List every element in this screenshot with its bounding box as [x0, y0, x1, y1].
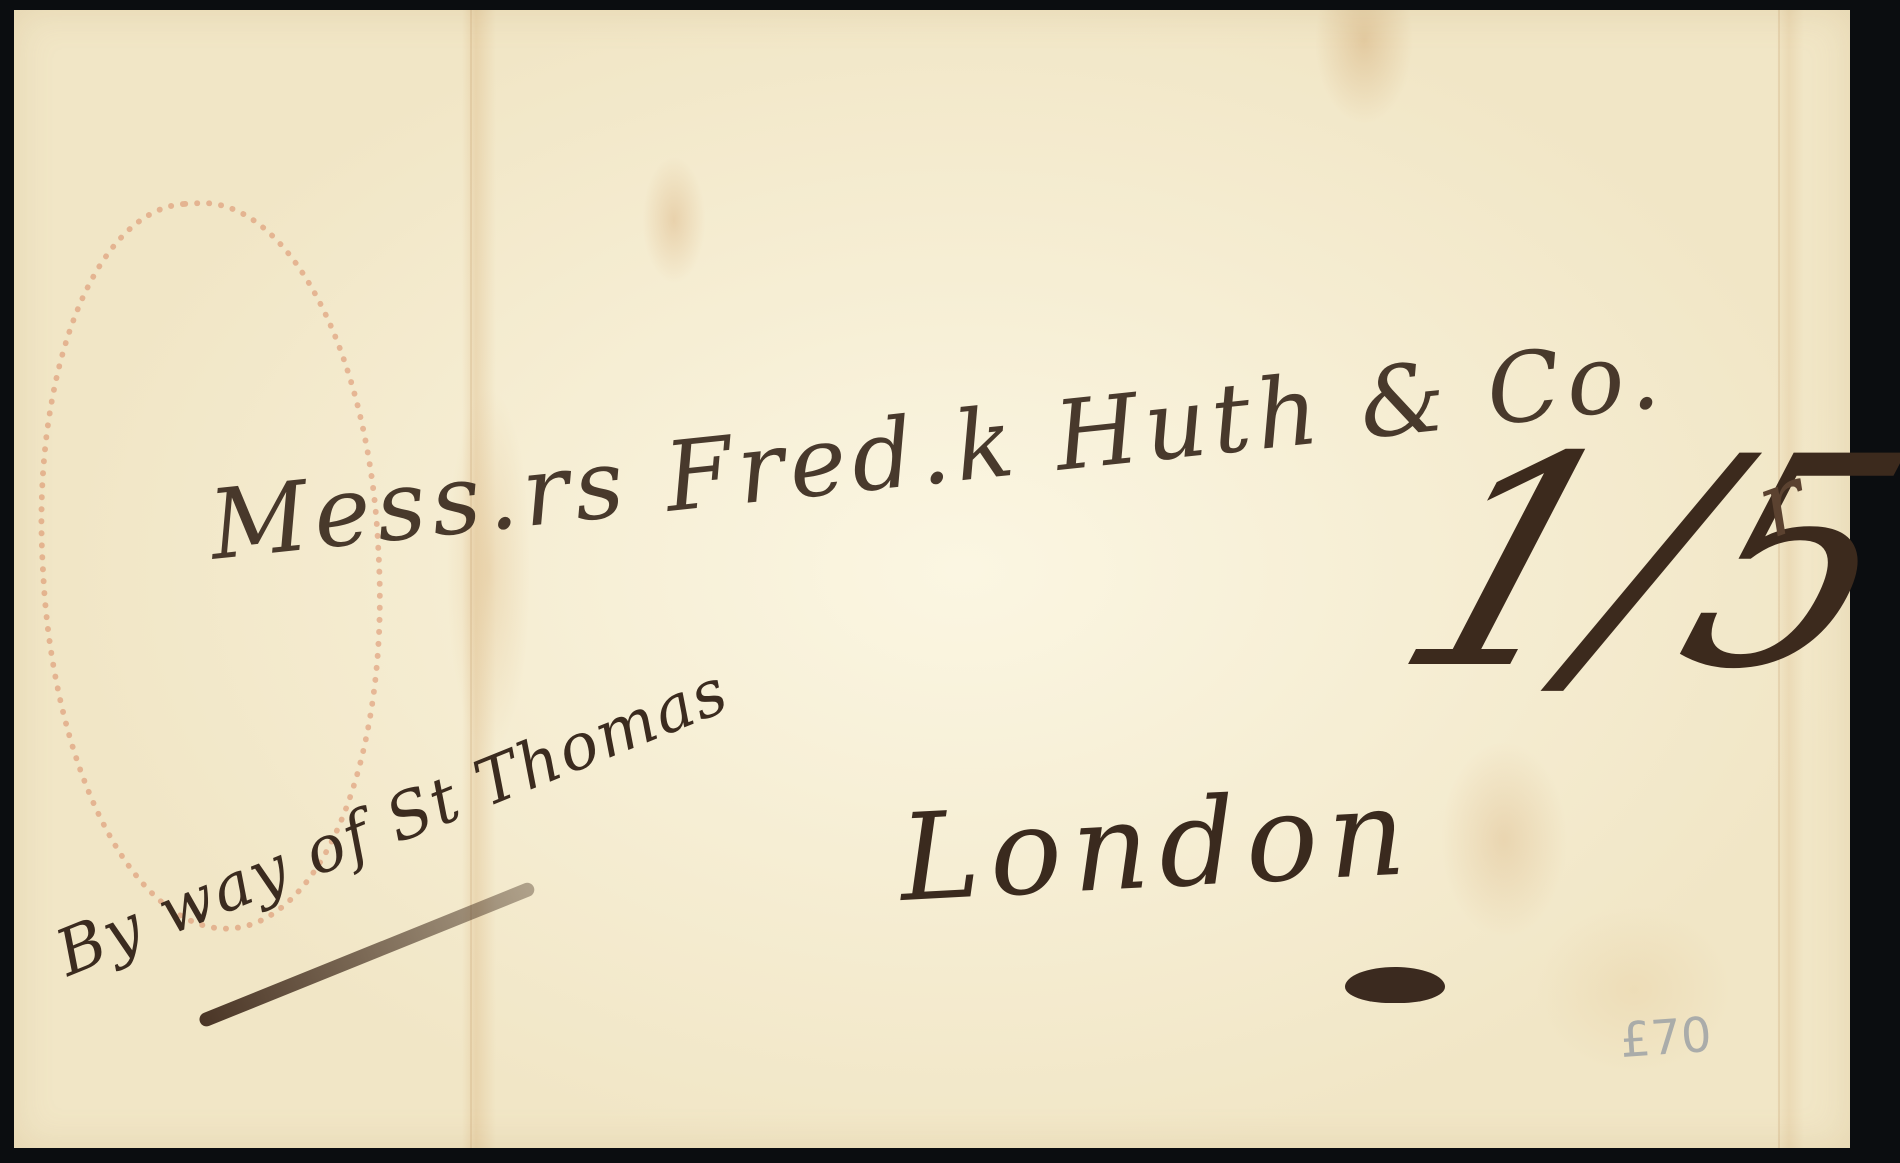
pencil-price-notation: £70 [1618, 1007, 1713, 1069]
rate-marking: 1/5 [1373, 420, 1900, 710]
ink-blot-underline [1345, 967, 1445, 1003]
fold-line-left [470, 10, 472, 1148]
destination-city: London [896, 763, 1418, 929]
